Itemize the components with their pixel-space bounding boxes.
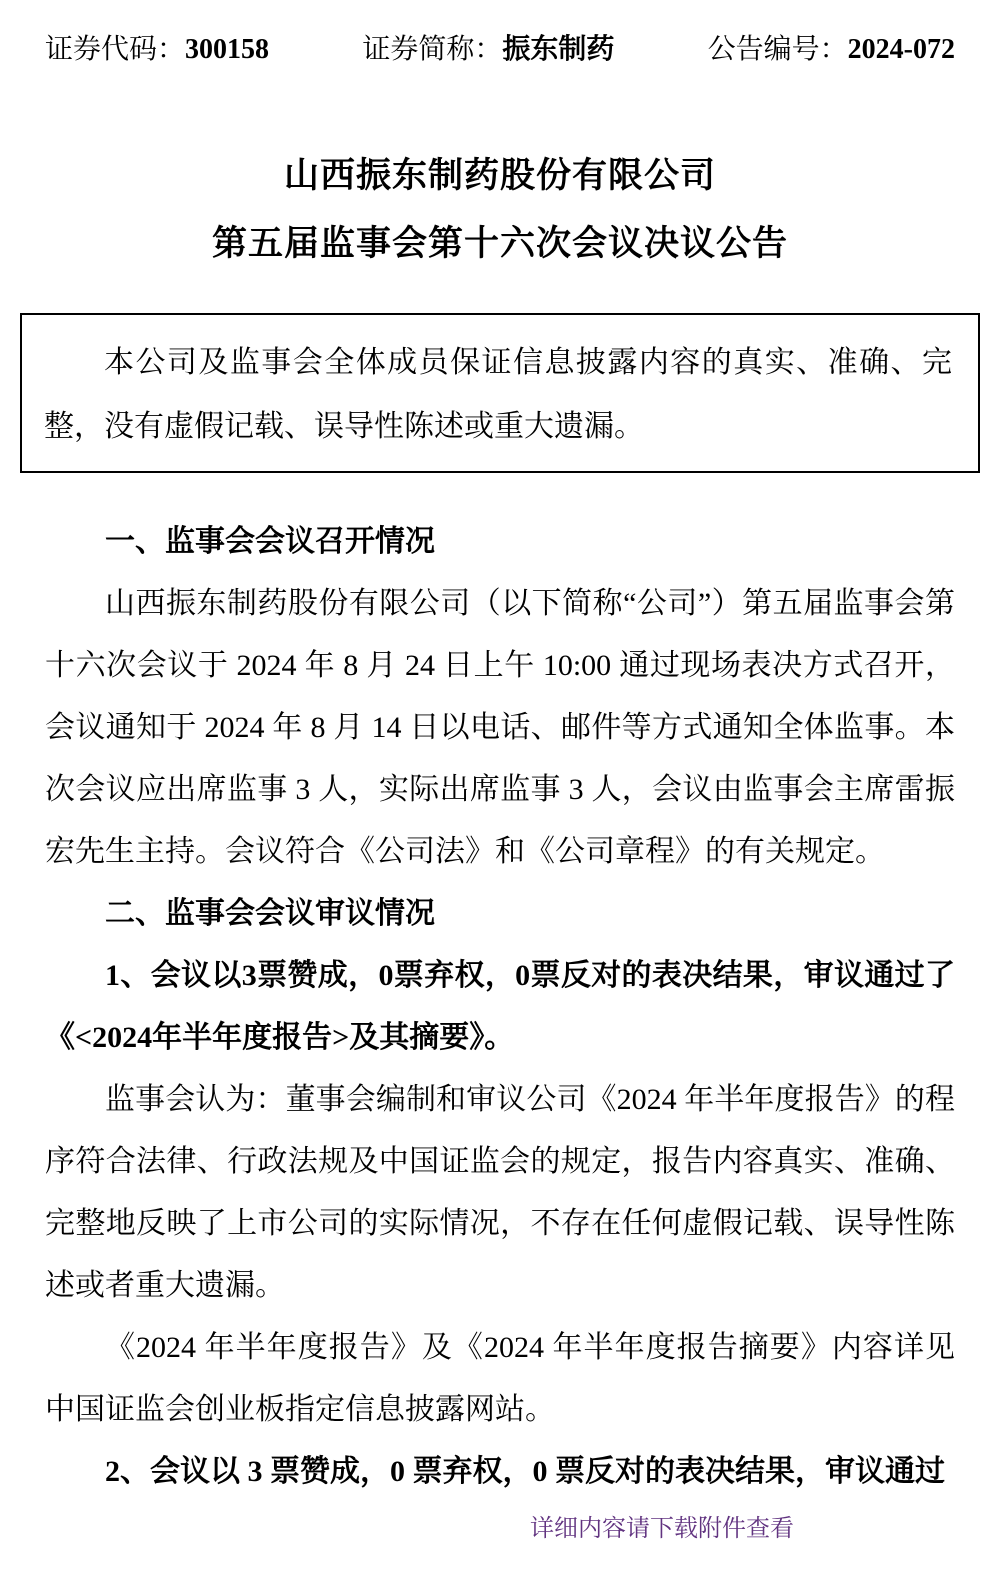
download-attachment-link[interactable]: 详细内容请下载附件查看	[530, 1516, 794, 1542]
meta-value: 300158	[185, 34, 269, 65]
disclaimer-text: 本公司及监事会全体成员保证信息披露内容的真实、准确、完整，没有虚假记载、误导性陈…	[44, 331, 952, 459]
security-meta-row: 证券代码：300158证券简称：振东制药公告编号：2024-072	[0, 0, 1000, 68]
announcement-title: 第五届监事会第十六次会议决议公告	[0, 220, 1000, 268]
meta-label: 证券代码：	[45, 34, 185, 65]
company-name-title: 山西振东制药股份有限公司	[0, 152, 1000, 200]
attachment-note: 详细内容请下载附件查看	[0, 1512, 1000, 1546]
meta-value: 2024-072	[848, 34, 955, 65]
announcement-document-page: 证券代码：300158证券简称：振东制药公告编号：2024-072 山西振东制药…	[0, 0, 1000, 1577]
meta-value: 振东制药	[502, 34, 614, 65]
security-meta-item: 证券简称：振东制药	[362, 32, 614, 68]
paragraph: 监事会认为：董事会编制和审议公司《2024 年半年度报告》的程序符合法律、行政法…	[45, 1069, 955, 1317]
paragraph: 山西振东制药股份有限公司（以下简称“公司”）第五届监事会第十六次会议于 2024…	[45, 573, 955, 883]
security-meta-item: 证券代码：300158	[45, 32, 269, 68]
security-meta-item: 公告编号：2024-072	[708, 32, 955, 68]
section-heading: 二、监事会会议审议情况	[45, 883, 955, 945]
paragraph: 2、会议以 3 票赞成，0 票弃权，0 票反对的表决结果，审议通过	[45, 1441, 955, 1503]
announcement-body: 一、监事会会议召开情况山西振东制药股份有限公司（以下简称“公司”）第五届监事会第…	[45, 511, 955, 1503]
disclaimer-box: 本公司及监事会全体成员保证信息披露内容的真实、准确、完整，没有虚假记载、误导性陈…	[20, 313, 980, 473]
paragraph: 《2024 年半年度报告》及《2024 年半年度报告摘要》内容详见中国证监会创业…	[45, 1317, 955, 1441]
meta-label: 证券简称：	[362, 34, 502, 65]
section-heading: 一、监事会会议召开情况	[45, 511, 955, 573]
paragraph: 1、会议以3票赞成，0票弃权，0票反对的表决结果，审议通过了《<2024年半年度…	[45, 945, 955, 1069]
meta-label: 公告编号：	[708, 34, 848, 65]
